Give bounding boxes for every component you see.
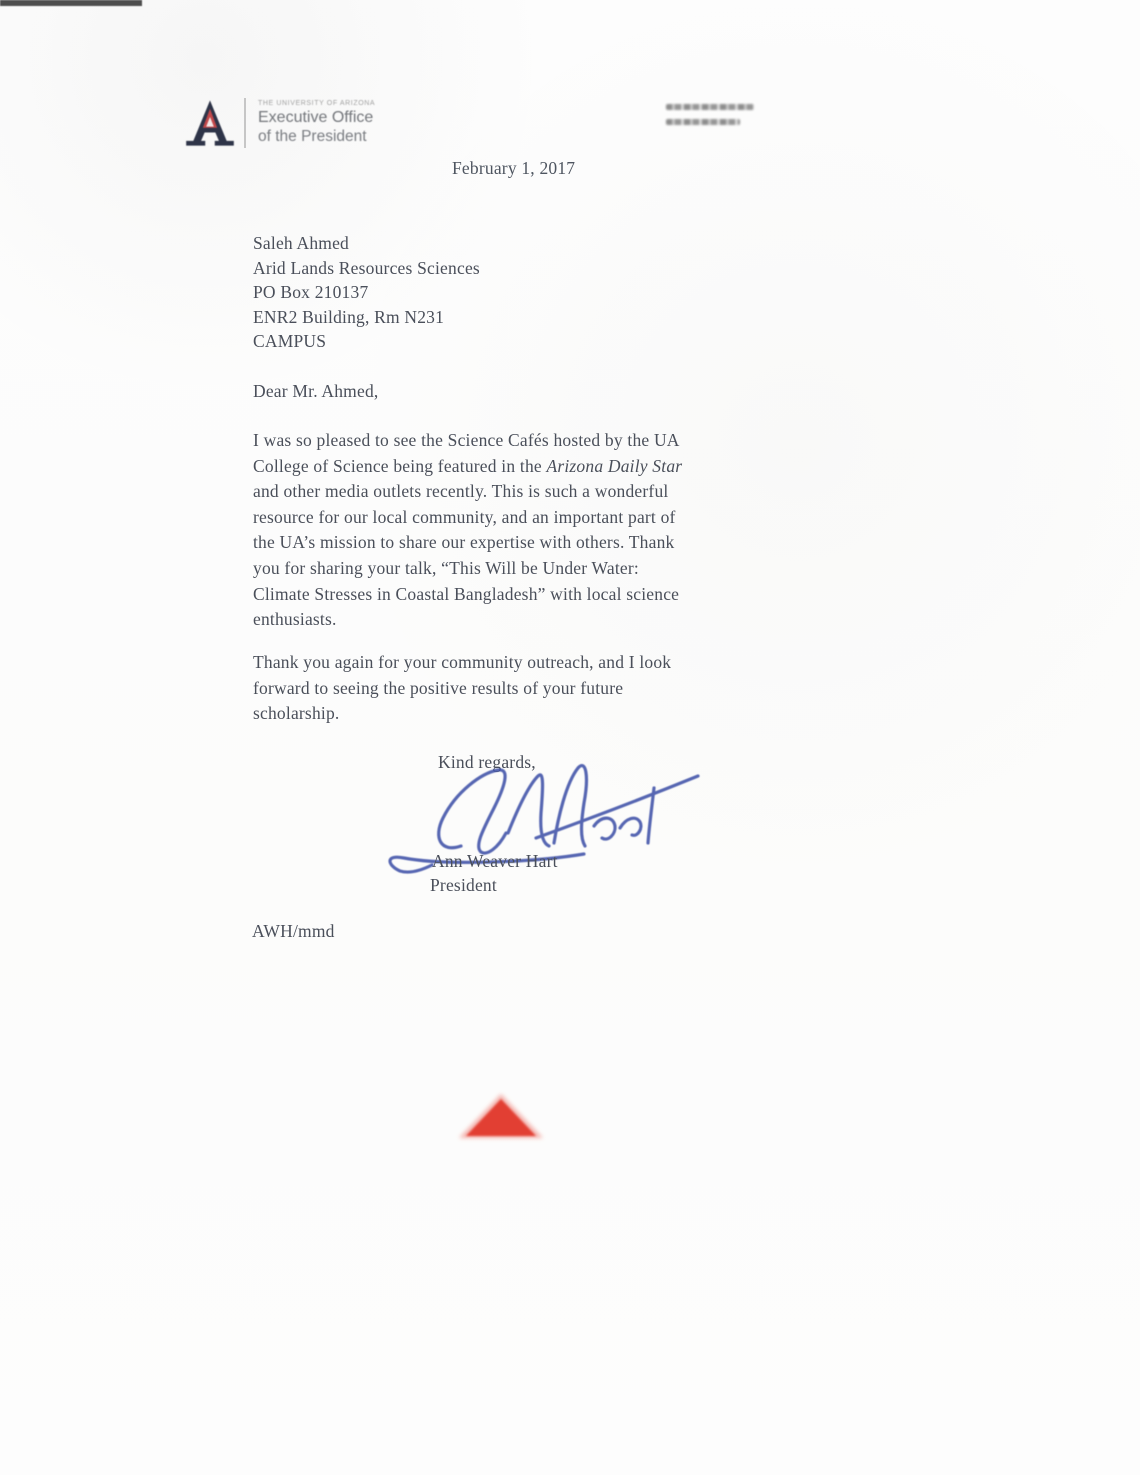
letter-date: February 1, 2017	[452, 158, 575, 179]
scan-artifact-bar	[0, 0, 142, 6]
signer-title: President	[430, 875, 497, 896]
signer-typed-name: Ann Weaver Hart	[432, 851, 558, 872]
publication-name: Arizona Daily Star	[546, 456, 682, 476]
recipient-building: ENR2 Building, Rm N231	[253, 305, 480, 330]
recipient-campus: CAMPUS	[253, 329, 480, 354]
reference-initials: AWH/mmd	[252, 921, 335, 942]
letterhead-divider	[244, 98, 246, 148]
letterhead-office-line2: of the President	[258, 128, 375, 146]
salutation: Dear Mr. Ahmed,	[253, 381, 378, 402]
body-paragraph-2: Thank you again for your community outre…	[253, 650, 813, 727]
university-block-a-logo-icon	[186, 98, 234, 148]
recipient-address-block: Saleh Ahmed Arid Lands Resources Science…	[253, 231, 480, 354]
recipient-name: Saleh Ahmed	[253, 231, 480, 256]
body-line: and other media outlets recently. This i…	[253, 479, 813, 505]
letterhead-office-line1: Executive Office	[258, 109, 375, 127]
body-line: scholarship.	[253, 701, 813, 727]
letterhead-institution-line: THE UNIVERSITY OF ARIZONA	[258, 100, 375, 107]
recipient-dept: Arid Lands Resources Sciences	[253, 256, 480, 281]
body-line: the UA’s mission to share our expertise …	[253, 530, 813, 556]
body-line: Thank you again for your community outre…	[253, 650, 813, 676]
body-line: College of Science being featured in the…	[253, 454, 813, 480]
body-line: enthusiasts.	[253, 607, 813, 633]
body-line: forward to seeing the positive results o…	[253, 676, 813, 702]
body-paragraph-1: I was so pleased to see the Science Café…	[253, 428, 813, 633]
body-line: you for sharing your talk, “This Will be…	[253, 556, 813, 582]
body-line: Climate Stresses in Coastal Bangladesh” …	[253, 582, 813, 608]
letterhead-contact-line-1	[666, 104, 754, 110]
letterhead-contact-line-2	[666, 119, 740, 125]
scanned-letter-page: THE UNIVERSITY OF ARIZONA Executive Offi…	[0, 0, 1140, 1475]
body-line-segment: College of Science being featured in the	[253, 456, 546, 476]
scroll-up-triangle-icon[interactable]	[466, 1099, 536, 1136]
recipient-pobox: PO Box 210137	[253, 280, 480, 305]
letterhead: THE UNIVERSITY OF ARIZONA Executive Offi…	[186, 98, 375, 148]
body-line: resource for our local community, and an…	[253, 505, 813, 531]
body-line: I was so pleased to see the Science Café…	[253, 428, 813, 454]
letterhead-contact-block	[666, 104, 754, 125]
